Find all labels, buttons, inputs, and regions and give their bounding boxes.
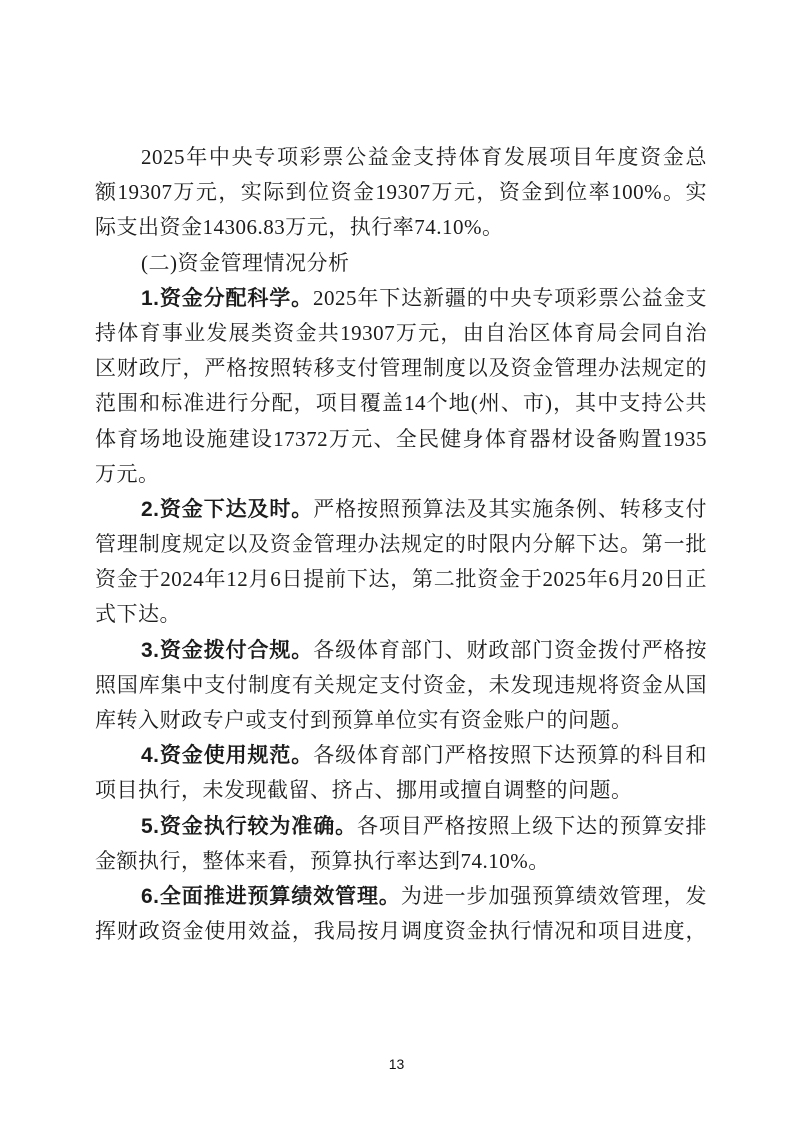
text-line: 2.资金下达及时。严格按照预算法及其实施条例、转移支付: [95, 492, 707, 527]
text-line: 式下达。: [95, 597, 707, 632]
text-line: 2025年中央专项彩票公益金支持体育发展项目年度资金总: [95, 140, 707, 175]
text-line: 6.全面推进预算绩效管理。为进一步加强预算绩效管理，发: [95, 879, 707, 914]
section-heading: (二)资金管理情况分析: [95, 246, 707, 281]
text-line: 库转入财政专户或支付到预算单位实有资金账户的问题。: [95, 703, 707, 738]
text-line: 资金于2024年12月6日提前下达，第二批资金于2025年6月20日正: [95, 562, 707, 597]
line-text: 范围和标准进行分配，项目覆盖14个地(州、市)，其中支持公共: [95, 391, 707, 415]
line-text: 持体育事业发展类资金共19307万元，由自治区体育局会同自治: [95, 321, 707, 345]
line-text: 库转入财政专户或支付到预算单位实有资金账户的问题。: [95, 708, 633, 732]
line-text: 各级体育部门严格按照下达预算的科目和: [313, 743, 707, 767]
paragraph-lead: 3.资金拨付合规。: [141, 639, 313, 662]
text-line: 际支出资金14306.83万元，执行率74.10%。: [95, 210, 707, 245]
paragraph-lead: 2.资金下达及时。: [141, 498, 313, 521]
line-text: 金额执行，整体来看，预算执行率达到74.10%。: [95, 849, 550, 873]
line-text: 为进一步加强预算绩效管理，发: [401, 884, 707, 908]
paragraph-lead: 4.资金使用规范。: [141, 744, 313, 767]
text-line: 区财政厅，严格按照转移支付管理制度以及资金管理办法规定的: [95, 351, 707, 386]
line-text: 际支出资金14306.83万元，执行率74.10%。: [95, 215, 504, 239]
text-line: 范围和标准进行分配，项目覆盖14个地(州、市)，其中支持公共: [95, 386, 707, 421]
text-line: 项目执行，未发现截留、挤占、挪用或擅自调整的问题。: [95, 773, 707, 808]
text-line: 挥财政资金使用效益，我局按月调度资金执行情况和项目进度，: [95, 914, 707, 949]
paragraph-lead: 6.全面推进预算绩效管理。: [141, 885, 401, 908]
document-page: 2025年中央专项彩票公益金支持体育发展项目年度资金总 额19307万元，实际到…: [0, 0, 793, 1126]
paragraph-lead: 1.资金分配科学。: [141, 287, 313, 310]
text-line: 管理制度规定以及资金管理办法规定的时限内分解下达。第一批: [95, 527, 707, 562]
line-text: (二)资金管理情况分析: [141, 251, 350, 275]
line-text: 挥财政资金使用效益，我局按月调度资金执行情况和项目进度，: [95, 919, 707, 943]
text-line: 金额执行，整体来看，预算执行率达到74.10%。: [95, 844, 707, 879]
line-text: 2025年中央专项彩票公益金支持体育发展项目年度资金总: [141, 145, 707, 169]
text-line: 1.资金分配科学。2025年下达新疆的中央专项彩票公益金支: [95, 281, 707, 316]
document-text-body: 2025年中央专项彩票公益金支持体育发展项目年度资金总 额19307万元，实际到…: [95, 140, 707, 949]
text-line: 体育场地设施建设17372万元、全民健身体育器材设备购置1935: [95, 422, 707, 457]
paragraph-lead: 5.资金执行较为准确。: [141, 815, 357, 838]
line-text: 各项目严格按照上级下达的预算安排: [357, 814, 707, 838]
text-line: 4.资金使用规范。各级体育部门严格按照下达预算的科目和: [95, 738, 707, 773]
line-text: 各级体育部门、财政部门资金拨付严格按: [313, 638, 707, 662]
line-text: 体育场地设施建设17372万元、全民健身体育器材设备购置1935: [95, 427, 707, 451]
line-text: 额19307万元，实际到位资金19307万元，资金到位率100%。实: [95, 180, 707, 204]
line-text: 严格按照预算法及其实施条例、转移支付: [313, 497, 707, 521]
line-text: 万元。: [95, 462, 160, 486]
text-line: 3.资金拨付合规。各级体育部门、财政部门资金拨付严格按: [95, 633, 707, 668]
line-text: 资金于2024年12月6日提前下达，第二批资金于2025年6月20日正: [95, 567, 707, 591]
text-line: 万元。: [95, 457, 707, 492]
line-text: 项目执行，未发现截留、挤占、挪用或擅自调整的问题。: [95, 778, 633, 802]
line-text: 照国库集中支付制度有关规定支付资金，未发现违规将资金从国: [95, 673, 707, 697]
text-line: 持体育事业发展类资金共19307万元，由自治区体育局会同自治: [95, 316, 707, 351]
line-text: 管理制度规定以及资金管理办法规定的时限内分解下达。第一批: [95, 532, 707, 556]
text-line: 额19307万元，实际到位资金19307万元，资金到位率100%。实: [95, 175, 707, 210]
line-text: 2025年下达新疆的中央专项彩票公益金支: [313, 286, 707, 310]
text-line: 照国库集中支付制度有关规定支付资金，未发现违规将资金从国: [95, 668, 707, 703]
line-text: 区财政厅，严格按照转移支付管理制度以及资金管理办法规定的: [95, 356, 707, 380]
page-number: 13: [0, 1056, 793, 1072]
line-text: 式下达。: [95, 602, 181, 626]
text-line: 5.资金执行较为准确。各项目严格按照上级下达的预算安排: [95, 809, 707, 844]
